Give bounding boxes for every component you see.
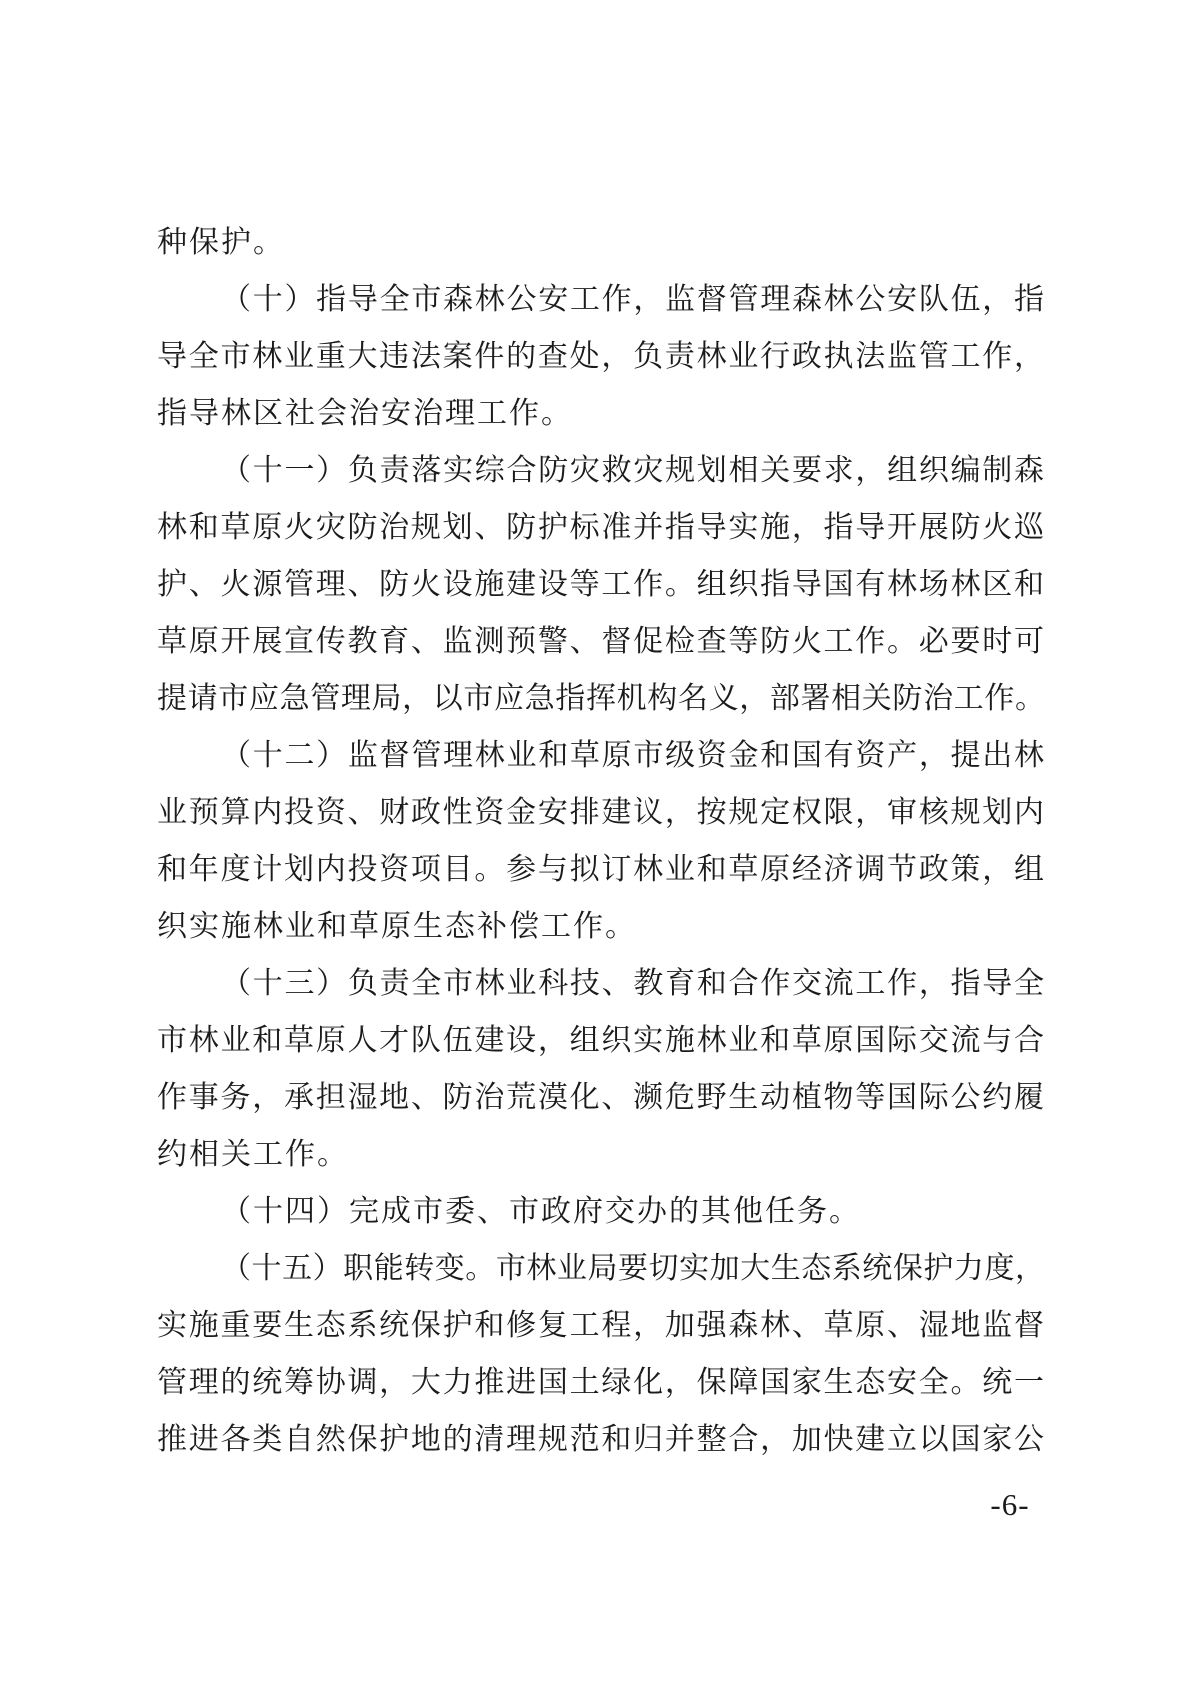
text-line: 导全市林业重大违法案件的查处，负责林业行政执法监管工作， — [157, 328, 1045, 385]
text-line: 市林业和草原人才队伍建设，组织实施林业和草原国际交流与合 — [157, 1012, 1045, 1069]
text-line: 和年度计划内投资项目。参与拟订林业和草原经济调节政策，组 — [157, 841, 1045, 898]
text-line: （十）指导全市森林公安工作，监督管理森林公安队伍，指 — [157, 271, 1045, 328]
text-line: 草原开展宣传教育、监测预警、督促检查等防火工作。必要时可 — [157, 613, 1045, 670]
text-line: 种保护。 — [157, 214, 1045, 271]
page-number: -6- — [955, 1481, 1065, 1529]
text-line: （十四）完成市委、市政府交办的其他任务。 — [157, 1183, 1045, 1240]
text-line: 提请市应急管理局，以市应急指挥机构名义，部署相关防治工作。 — [157, 670, 1045, 727]
text-line: 护、火源管理、防火设施建设等工作。组织指导国有林场林区和 — [157, 556, 1045, 613]
text-line: （十一）负责落实综合防灾救灾规划相关要求，组织编制森 — [157, 442, 1045, 499]
text-line: 织实施林业和草原生态补偿工作。 — [157, 898, 1045, 955]
text-line: 林和草原火灾防治规划、防护标准并指导实施，指导开展防火巡 — [157, 499, 1045, 556]
text-line: （十二）监督管理林业和草原市级资金和国有资产，提出林 — [157, 727, 1045, 784]
text-line: （十三）负责全市林业科技、教育和合作交流工作，指导全 — [157, 955, 1045, 1012]
text-line: 业预算内投资、财政性资金安排建议，按规定权限，审核规划内 — [157, 784, 1045, 841]
text-line: 实施重要生态系统保护和修复工程，加强森林、草原、湿地监督 — [157, 1297, 1045, 1354]
text-line: 作事务，承担湿地、防治荒漠化、濒危野生动植物等国际公约履 — [157, 1069, 1045, 1126]
text-line: 指导林区社会治安治理工作。 — [157, 385, 1045, 442]
document-page: 种保护。 （十）指导全市森林公安工作，监督管理森林公安队伍，指 导全市林业重大违… — [0, 0, 1190, 1683]
text-line: 约相关工作。 — [157, 1126, 1045, 1183]
text-line: 推进各类自然保护地的清理规范和归并整合，加快建立以国家公 — [157, 1411, 1045, 1468]
text-line: 管理的统筹协调，大力推进国土绿化，保障国家生态安全。统一 — [157, 1354, 1045, 1411]
document-body: 种保护。 （十）指导全市森林公安工作，监督管理森林公安队伍，指 导全市林业重大违… — [157, 214, 1045, 1468]
text-line: （十五）职能转变。市林业局要切实加大生态系统保护力度， — [157, 1240, 1045, 1297]
